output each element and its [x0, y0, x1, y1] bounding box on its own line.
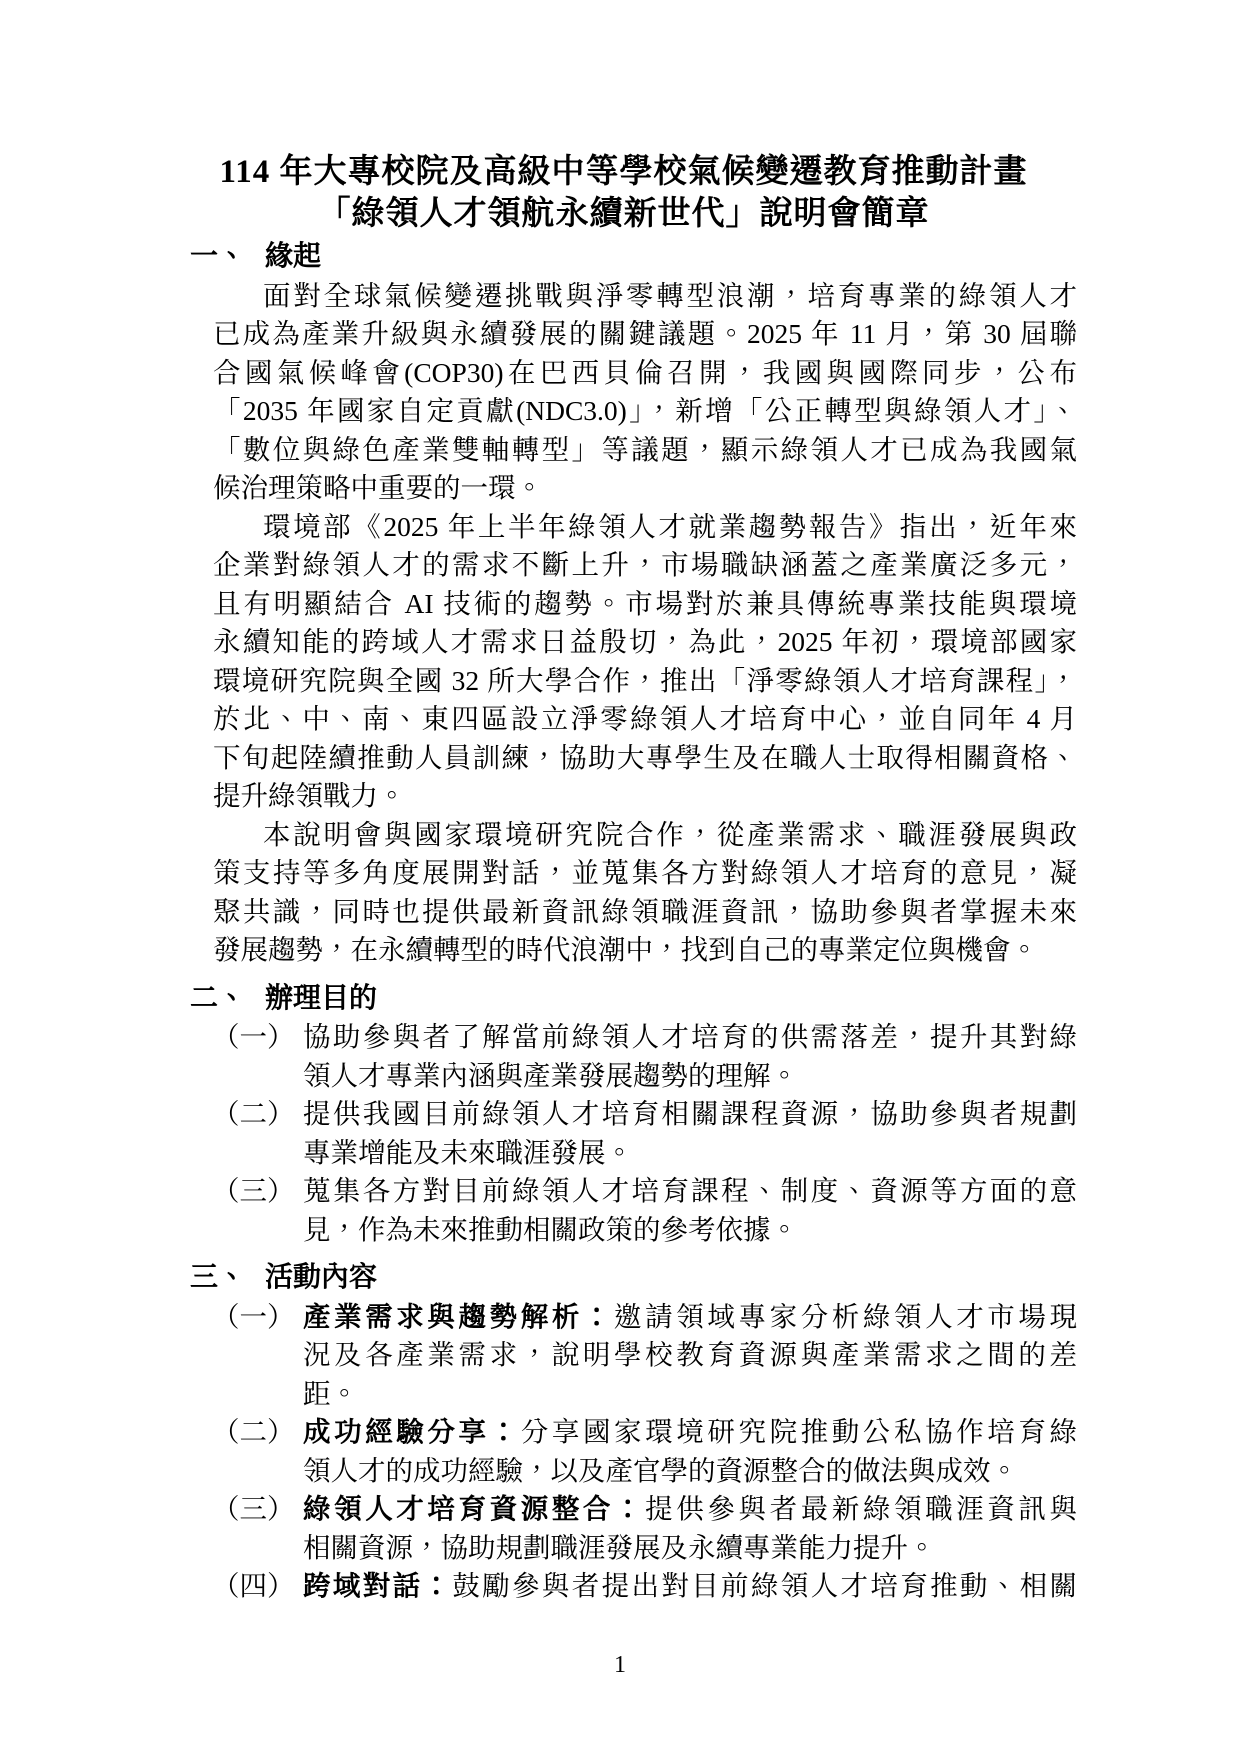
- item-label: 成功經驗分享：: [303, 1416, 521, 1447]
- document-page: 114 年大專校院及高級中等學校氣候變遷教育推動計畫 「綠領人才領航永續新世代」…: [0, 0, 1240, 1754]
- section-heading-activities: 三、活動內容: [190, 1259, 1077, 1298]
- item-marker: （一）: [212, 1298, 295, 1337]
- text-line: 已成為產業升級與永續發展的關鍵議題。2025 年 11 月，第 30 屆聯: [213, 315, 1077, 354]
- section-title: 緣起: [265, 241, 321, 272]
- text-line: 綠領人才培育資源整合：提供參與者最新綠領職涯資訊與: [303, 1490, 1077, 1529]
- section-heading-origin: 一、緣起: [190, 238, 1077, 277]
- title-line-1: 114 年大專校院及高級中等學校氣候變遷教育推動計畫: [170, 151, 1077, 193]
- section-heading-purpose: 二、辦理目的: [190, 980, 1077, 1019]
- text-line: 本說明會與國家環境研究院合作，從產業需求、職涯發展與政: [213, 816, 1077, 855]
- text-line: 永續知能的跨域人才需求日益殷切，為此，2025 年初，環境部國家: [213, 623, 1077, 662]
- page-number: 1: [0, 1650, 1240, 1680]
- item-text: 提供參與者最新綠領職涯資訊與: [645, 1493, 1077, 1524]
- item-text: 鼓勵參與者提出對目前綠領人才培育推動、相關: [452, 1570, 1077, 1601]
- text-line: 協助參與者了解當前綠領人才培育的供需落差，提升其對綠: [303, 1018, 1077, 1057]
- title-line-2: 「綠領人才領航永續新世代」說明會簡章: [170, 193, 1077, 235]
- section-marker: 三、: [190, 1259, 265, 1298]
- text-line: 產業需求與趨勢解析：邀請領域專家分析綠領人才市場現: [303, 1298, 1077, 1337]
- list-item: （三） 蒐集各方對目前綠領人才培育課程、制度、資源等方面的意 見，作為未來推動相…: [212, 1172, 1077, 1249]
- text-line: 況及各產業需求，說明學校教育資源與產業需求之間的差: [303, 1336, 1077, 1375]
- paragraph-1: 面對全球氣候變遷挑戰與淨零轉型浪潮，培育專業的綠領人才 已成為產業升級與永續發展…: [213, 277, 1077, 508]
- text-line: 候治理策略中重要的一環。: [213, 469, 1077, 508]
- list-item: （二） 成功經驗分享：分享國家環境研究院推動公私協作培育綠 領人才的成功經驗，以…: [212, 1413, 1077, 1490]
- purpose-list: （一） 協助參與者了解當前綠領人才培育的供需落差，提升其對綠 領人才專業內涵與產…: [212, 1018, 1077, 1249]
- text-line: 合國氣候峰會(COP30)在巴西貝倫召開，我國與國際同步，公布: [213, 354, 1077, 393]
- text-line: 聚共識，同時也提供最新資訊綠領職涯資訊，協助參與者掌握未來: [213, 893, 1077, 932]
- text-line: 「2035 年國家自定貢獻(NDC3.0)」，新增「公正轉型與綠領人才」、: [213, 392, 1077, 431]
- text-line: 「數位與綠色產業雙軸轉型」等議題，顯示綠領人才已成為我國氣: [213, 431, 1077, 470]
- text-line: 環境研究院與全國 32 所大學合作，推出「淨零綠領人才培育課程」，: [213, 662, 1077, 701]
- paragraph-2: 環境部《2025 年上半年綠領人才就業趨勢報告》指出，近年來 企業對綠領人才的需…: [213, 508, 1077, 816]
- item-text: 邀請領域專家分析綠領人才市場現: [614, 1301, 1077, 1332]
- list-item: （三） 綠領人才培育資源整合：提供參與者最新綠領職涯資訊與 相關資源，協助規劃職…: [212, 1490, 1077, 1567]
- text-line: 環境部《2025 年上半年綠領人才就業趨勢報告》指出，近年來: [213, 508, 1077, 547]
- text-line: 於北、中、南、東四區設立淨零綠領人才培育中心，並自同年 4 月: [213, 700, 1077, 739]
- list-item: （一） 協助參與者了解當前綠領人才培育的供需落差，提升其對綠 領人才專業內涵與產…: [212, 1018, 1077, 1095]
- text-line: 發展趨勢，在永續轉型的時代浪潮中，找到自己的專業定位與機會。: [213, 931, 1077, 970]
- text-line: 策支持等多角度展開對話，並蒐集各方對綠領人才培育的意見，凝: [213, 854, 1077, 893]
- item-marker: （二）: [212, 1095, 295, 1134]
- activities-list: （一） 產業需求與趨勢解析：邀請領域專家分析綠領人才市場現 況及各產業需求，說明…: [212, 1298, 1077, 1606]
- text-line: 領人才的成功經驗，以及產官學的資源整合的做法與成效。: [303, 1452, 1077, 1491]
- section-title: 活動內容: [265, 1262, 377, 1293]
- item-marker: （一）: [212, 1018, 295, 1057]
- item-label: 產業需求與趨勢解析：: [303, 1301, 614, 1332]
- list-item: （一） 產業需求與趨勢解析：邀請領域專家分析綠領人才市場現 況及各產業需求，說明…: [212, 1298, 1077, 1414]
- text-line: 成功經驗分享：分享國家環境研究院推動公私協作培育綠: [303, 1413, 1077, 1452]
- section-marker: 二、: [190, 980, 265, 1019]
- text-line: 下旬起陸續推動人員訓練，協助大專學生及在職人士取得相關資格、: [213, 739, 1077, 778]
- text-line: 企業對綠領人才的需求不斷上升，市場職缺涵蓋之產業廣泛多元，: [213, 546, 1077, 585]
- item-text: 分享國家環境研究院推動公私協作培育綠: [521, 1416, 1077, 1447]
- text-line: 跨域對話：鼓勵參與者提出對目前綠領人才培育推動、相關: [303, 1567, 1077, 1606]
- text-line: 專業增能及未來職涯發展。: [303, 1134, 1077, 1173]
- item-label: 綠領人才培育資源整合：: [303, 1493, 645, 1524]
- item-marker: （四）: [212, 1567, 295, 1606]
- paragraph-3: 本說明會與國家環境研究院合作，從產業需求、職涯發展與政 策支持等多角度展開對話，…: [213, 816, 1077, 970]
- text-line: 距。: [303, 1375, 1077, 1414]
- item-marker: （三）: [212, 1490, 295, 1529]
- text-line: 面對全球氣候變遷挑戰與淨零轉型浪潮，培育專業的綠領人才: [213, 277, 1077, 316]
- text-line: 且有明顯結合 AI 技術的趨勢。市場對於兼具傳統專業技能與環境: [213, 585, 1077, 624]
- section-title: 辦理目的: [265, 983, 377, 1014]
- text-line: 相關資源，協助規劃職涯發展及永續專業能力提升。: [303, 1529, 1077, 1568]
- text-line: 提供我國目前綠領人才培育相關課程資源，協助參與者規劃: [303, 1095, 1077, 1134]
- text-line: 提升綠領戰力。: [213, 777, 1077, 816]
- item-label: 跨域對話：: [303, 1570, 452, 1601]
- text-line: 蒐集各方對目前綠領人才培育課程、制度、資源等方面的意: [303, 1172, 1077, 1211]
- document-title: 114 年大專校院及高級中等學校氣候變遷教育推動計畫 「綠領人才領航永續新世代」…: [170, 151, 1077, 235]
- item-marker: （二）: [212, 1413, 295, 1452]
- page-content: 114 年大專校院及高級中等學校氣候變遷教育推動計畫 「綠領人才領航永續新世代」…: [170, 151, 1077, 1606]
- section-marker: 一、: [190, 238, 265, 277]
- text-line: 領人才專業內涵與產業發展趨勢的理解。: [303, 1057, 1077, 1096]
- list-item: （四） 跨域對話：鼓勵參與者提出對目前綠領人才培育推動、相關: [212, 1567, 1077, 1606]
- text-line: 見，作為未來推動相關政策的參考依據。: [303, 1211, 1077, 1250]
- item-marker: （三）: [212, 1172, 295, 1211]
- list-item: （二） 提供我國目前綠領人才培育相關課程資源，協助參與者規劃 專業增能及未來職涯…: [212, 1095, 1077, 1172]
